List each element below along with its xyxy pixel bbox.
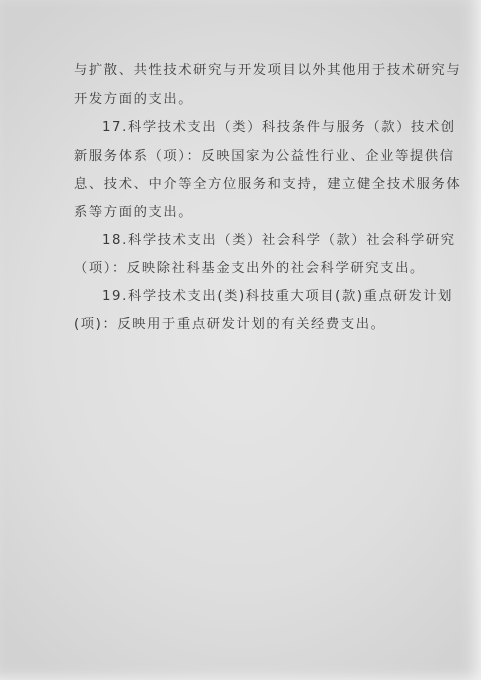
- paragraph-19-start: 19.科学技术支出(类)科技重大项目(款)重点研发计划: [102, 288, 453, 306]
- text-line: 系等方面的支出。: [74, 204, 193, 222]
- paragraph-18-start: 18.科学技术支出（类）社会科学（款）社会科学研究: [102, 232, 456, 250]
- text-line: 息、技术、中介等全方位服务和支持，建立健全技术服务体: [74, 176, 461, 194]
- text-line: 与扩散、共性技术研究与开发项目以外其他用于技术研究与: [74, 62, 461, 80]
- text-line: 新服务体系（项）：反映国家为公益性行业、企业等提供信: [74, 148, 455, 166]
- paragraph-17-start: 17.科学技术支出（类）科技条件与服务（款）技术创: [102, 119, 456, 137]
- text-line: (项)：反映用于重点研发计划的有关经费支出。: [74, 316, 386, 334]
- text-line: （项）：反映除社科基金支出外的社会科学研究支出。: [74, 260, 425, 278]
- text-line: 开发方面的支出。: [74, 91, 193, 109]
- document-page: 与扩散、共性技术研究与开发项目以外其他用于技术研究与 开发方面的支出。 17.科…: [0, 0, 481, 680]
